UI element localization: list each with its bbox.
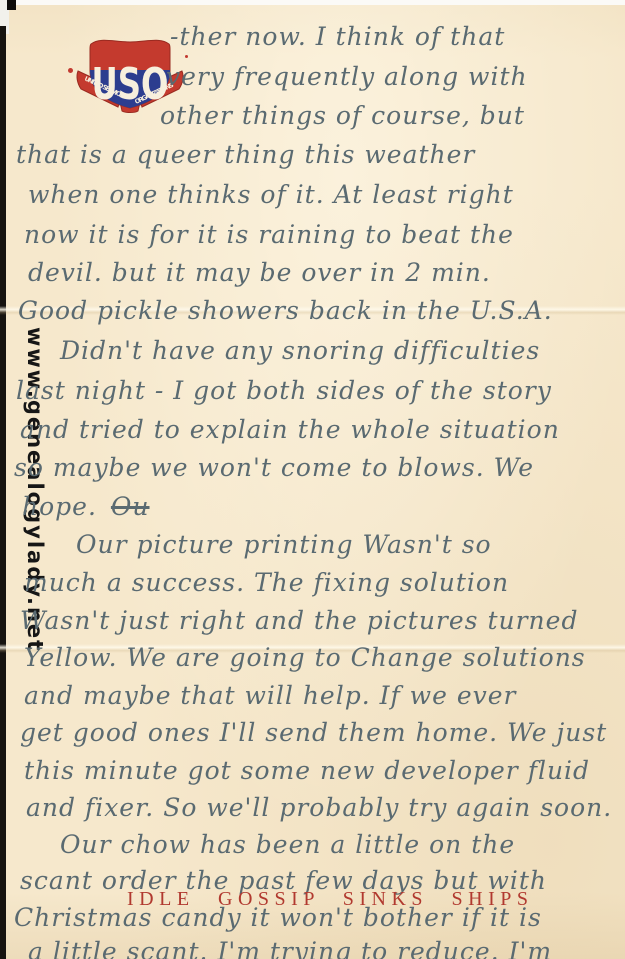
handwritten-line-10: last night - I got both sides of the sto… [16, 376, 552, 405]
letter-scan: USO UNITED SERVICE ORGANIZATIONS www.gen… [0, 0, 625, 959]
handwritten-line-3: other things of course, but [160, 101, 525, 130]
handwritten-line-18: and maybe that will help. If we ever [24, 681, 516, 710]
handwritten-line-13-text: hope. [22, 492, 97, 521]
handwritten-line-4: that is a queer thing this weather [16, 140, 475, 169]
handwritten-line-15: much a success. The fixing solution [24, 568, 509, 597]
handwritten-line-2: very frequently along with [166, 62, 528, 91]
handwritten-line-6: now it is for it is raining to beat the [24, 220, 514, 249]
handwritten-line-21: and fixer. So we'll probably try again s… [26, 793, 612, 822]
struck-word: Ou [111, 492, 150, 521]
scan-edge-top [0, 0, 625, 5]
handwritten-line-11: and tried to explain the whole situation [20, 415, 560, 444]
scan-artifact-dot [68, 68, 73, 73]
handwritten-line-12: so maybe we won't come to blows. We [14, 453, 534, 482]
scan-artifact-dot [185, 55, 188, 58]
printed-slogan: IDLE GOSSIP SINKS SHIPS [127, 888, 533, 911]
handwritten-line-19: get good ones I'll send them home. We ju… [20, 718, 607, 747]
handwritten-line-7: devil. but it may be over in 2 min. [28, 258, 491, 287]
handwritten-line-22: Our chow has been a little on the [60, 830, 515, 859]
scan-corner-mark [7, 0, 16, 10]
scan-edge-left-black [0, 26, 6, 959]
handwritten-line-5: when one thinks of it. At least right [28, 180, 514, 209]
handwritten-line-17: Yellow. We are going to Change solutions [24, 643, 586, 672]
handwritten-line-9: Didn't have any snoring difficulties [60, 336, 540, 365]
handwritten-line-16: Wasn't just right and the pictures turne… [20, 606, 578, 635]
handwritten-line-20: this minute got some new developer fluid [24, 756, 590, 785]
handwritten-line-1: -ther now. I think of that [170, 22, 505, 51]
handwritten-line-25: a little scant. I'm trying to reduce. I'… [28, 937, 552, 959]
handwritten-line-13: hope.Ou [22, 492, 150, 521]
handwritten-line-14: Our picture printing Wasn't so [76, 530, 492, 559]
handwritten-line-8: Good pickle showers back in the U.S.A. [18, 296, 553, 325]
